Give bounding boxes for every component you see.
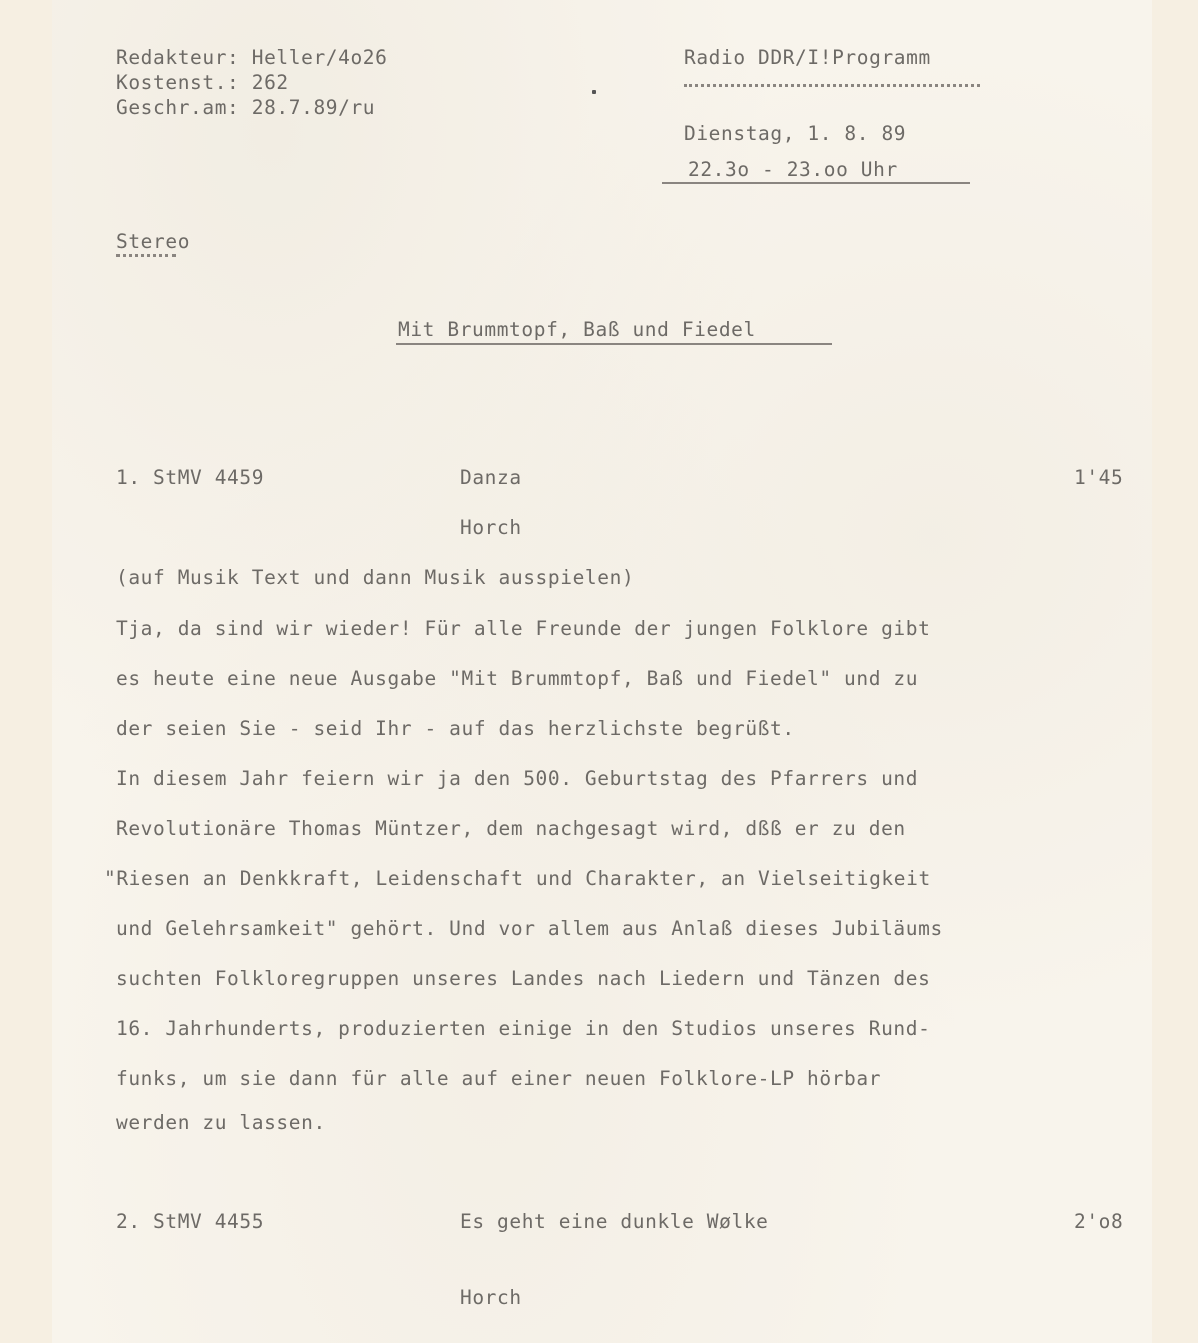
broadcast-date: Dienstag, 1. 8. 89 xyxy=(684,124,906,144)
text-line: funks, um sie dann für alle auf einer ne… xyxy=(116,1069,881,1089)
redakteur-line: Redakteur: Heller/4o26 xyxy=(116,48,388,68)
text-line: der seien Sie - seid Ihr - auf das herzl… xyxy=(116,719,795,739)
audio-format: Stereo xyxy=(116,232,190,252)
item-duration: 2'o8 xyxy=(1074,1212,1123,1232)
geschrieben-am-line: Geschr.am: 28.7.89/ru xyxy=(116,98,375,118)
geschrieben-am-value: 28.7.89/ru xyxy=(252,96,375,119)
time-underline xyxy=(662,182,970,184)
program-title: Mit Brummtopf, Baß und Fiedel xyxy=(398,320,756,340)
text-line: Revolutionäre Thomas Müntzer, dem nachge… xyxy=(116,819,906,839)
kostenstelle-value: 262 xyxy=(252,71,289,94)
text-line: werden zu lassen. xyxy=(116,1113,326,1133)
ink-speck xyxy=(592,90,596,94)
text-line: "Riesen an Denkkraft, Leidenschaft und C… xyxy=(104,869,931,889)
broadcast-time: 22.3o - 23.oo Uhr xyxy=(688,160,898,180)
item-artist: Horch xyxy=(460,1288,522,1308)
text-line: Tja, da sind wir wieder! Für alle Freund… xyxy=(116,619,930,639)
text-line: es heute eine neue Ausgabe "Mit Brummtop… xyxy=(116,669,918,689)
text-line: In diesem Jahr feiern wir ja den 500. Ge… xyxy=(116,769,918,789)
item-artist: Horch xyxy=(460,518,522,538)
geschrieben-am-label: Geschr.am: xyxy=(116,96,239,119)
format-underline xyxy=(116,254,176,257)
text-line: und Gelehrsamkeit" gehört. Und vor allem… xyxy=(116,919,943,939)
kostenstelle-label: Kostenst.: xyxy=(116,71,239,94)
item-title: Danza xyxy=(460,468,522,488)
redakteur-label: Redakteur: xyxy=(116,46,239,69)
item-duration: 1'45 xyxy=(1074,468,1123,488)
text-line: 16. Jahrhunderts, produzierten einige in… xyxy=(116,1019,930,1039)
redakteur-value: Heller/4o26 xyxy=(252,46,388,69)
station-name: Radio DDR/I!Programm xyxy=(684,48,931,68)
station-underline xyxy=(684,84,980,87)
item-number: 1. StMV 4459 xyxy=(116,468,264,488)
program-title-underline xyxy=(396,343,832,345)
item-number: 2. StMV 4455 xyxy=(116,1212,264,1232)
kostenstelle-line: Kostenst.: 262 xyxy=(116,73,289,93)
stage-direction: (auf Musik Text und dann Musik ausspiele… xyxy=(116,568,634,588)
text-line: suchten Folkloregruppen unseres Landes n… xyxy=(116,969,930,989)
item-title: Es geht eine dunkle Wølke xyxy=(460,1212,769,1232)
